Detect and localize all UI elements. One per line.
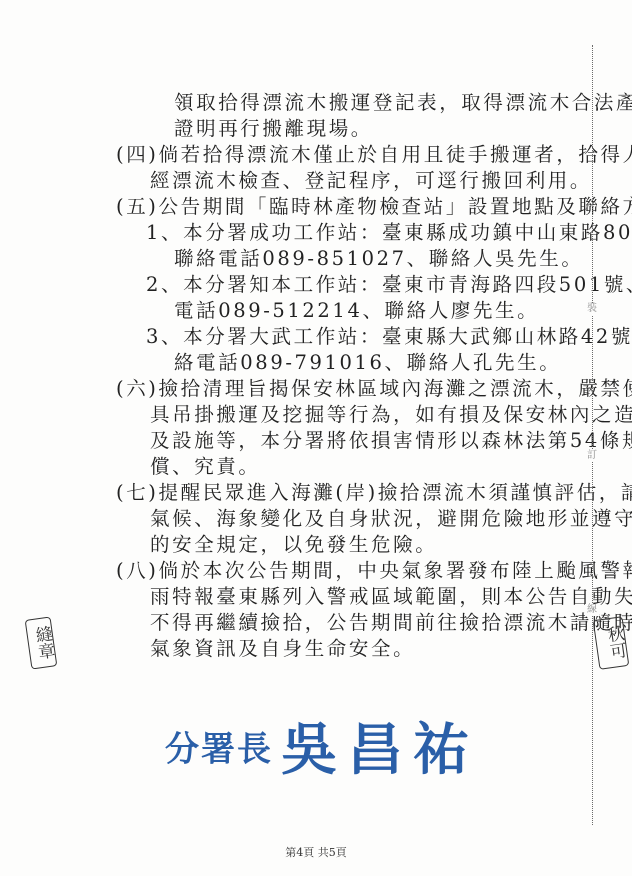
station-item-1: 1、本分署成功工作站：臺東縣成功鎮中山東路80號、 [146,220,632,246]
signature-name: 吳昌祐 [281,718,479,783]
director-signature-stamp: 分署長吳昌祐 [165,706,479,786]
text-line: 絡電話089-791016、聯絡人孔先生。 [174,350,561,376]
text-line: 不得再繼續撿拾，公告期間前往撿拾漂流木請隨時注意 [150,610,632,636]
station-item-3: 3、本分署大武工作站：臺東縣大武鄉山林路42號、聯 [146,324,632,350]
text-line: 領取拾得漂流木搬運登記表，取得漂流木合法產權 [174,90,632,116]
station-item-2: 2、本分署知本工作站：臺東市青海路四段501號、聯絡 [146,272,632,298]
text-line: 電話089-512214、聯絡人廖先生。 [174,298,539,324]
page-indicator: 第4頁 共5頁 [0,844,632,860]
clause-6: (六)撿拾清理旨揭保安林區域內海灘之漂流木，嚴禁使用機 [116,376,632,402]
text-line: 的安全規定，以免發生危險。 [150,532,437,558]
text-line: 證明再行搬離現場。 [174,116,373,142]
text-line: 氣象資訊及自身生命安全。 [150,636,415,662]
binding-line [592,45,593,825]
text-line: 氣候、海象變化及自身狀況，避開危險地形並遵守相關 [150,506,632,532]
clause-4: (四)倘若拾得漂流木僅止於自用且徒手搬運者，拾得人可免 [116,142,632,168]
signature-title: 分署長 [165,730,273,770]
text-line: 雨特報臺東縣列入警戒區域範圍，則本公告自動失效， [150,584,632,610]
binding-mark-zhuang: 裝 [585,303,599,315]
text-line: 具吊掛搬運及挖掘等行為，如有損及保安林內之造林木 [150,402,632,428]
text-line: 經漂流木檢查、登記程序，可逕行搬回利用。 [150,168,592,194]
binding-mark-ding: 訂 [585,450,599,462]
clause-7: (七)提醒民眾進入海灘(岸)撿拾漂流木須謹慎評估，請注意 [116,480,632,506]
text-line: 償、究責。 [150,454,261,480]
seam-seal-left: 縫章 [25,616,58,669]
clause-5: (五)公告期間「臨時林產物檢查站」設置地點及聯絡方式： [116,194,632,220]
text-line: 及設施等，本分署將依損害情形以森林法第54條規定求 [150,428,632,454]
text-line: 聯絡電話089-851027、聯絡人吳先生。 [174,246,583,272]
clause-8: (八)倘於本次公告期間，中央氣象署發布陸上颱風警報或豪 [116,558,632,584]
binding-mark-xian: 線 [585,604,599,616]
